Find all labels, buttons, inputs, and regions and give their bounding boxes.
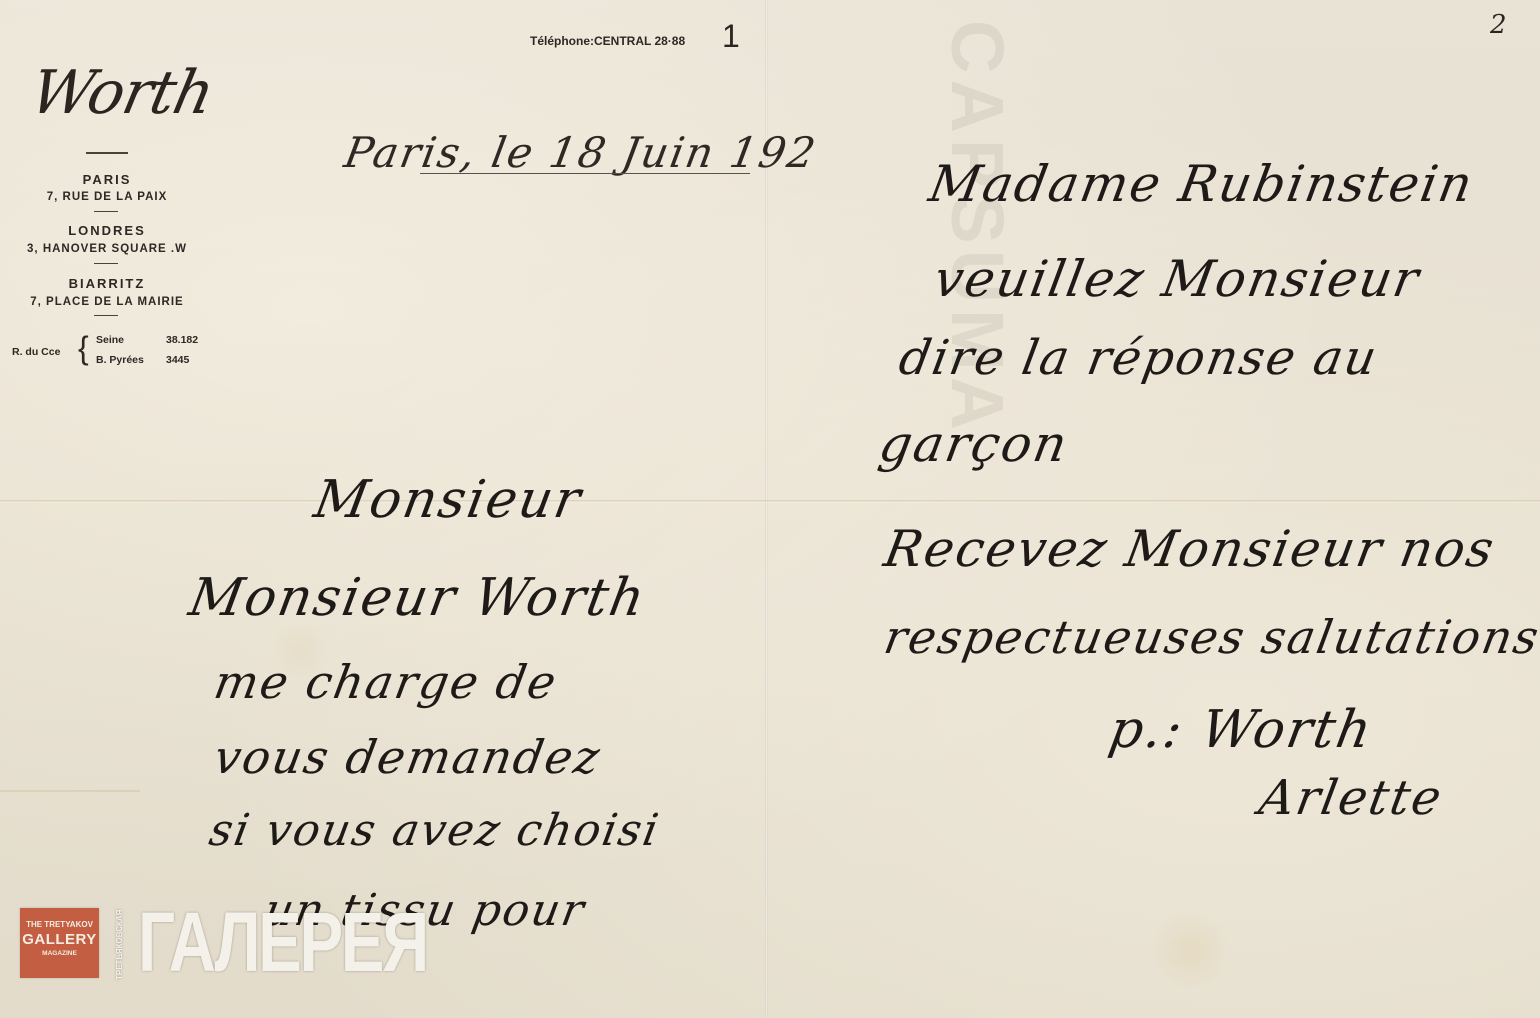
branch-city: PARIS bbox=[0, 172, 222, 187]
brace-symbol: { bbox=[78, 332, 89, 364]
signature-firm: p.: Worth bbox=[1105, 700, 1378, 760]
tretyakov-gallery-logo: THE TRETYAKOV GALLERY MAGAZINE bbox=[20, 908, 99, 978]
letter-line: me charge de bbox=[210, 655, 562, 709]
watermark-title: ГАЛЕРЕЯ bbox=[138, 900, 427, 984]
letter-line: si vous avez choisi bbox=[206, 805, 664, 856]
closing-line: respectueuses salutations bbox=[880, 610, 1540, 664]
branch-city: BIARRITZ bbox=[0, 276, 222, 291]
branch-address: 7, PLACE DE LA MAIRIE bbox=[0, 296, 222, 308]
registry-entry: Seine 38.182 bbox=[96, 334, 124, 346]
registry-entry: B. Pyrées 3445 bbox=[96, 354, 144, 366]
letter-line: Madame Rubinstein bbox=[925, 155, 1479, 213]
page-number-left: 1 bbox=[722, 18, 740, 55]
dateline: Paris, le 18 Juin 192 bbox=[341, 128, 821, 177]
letter-line: garçon bbox=[875, 415, 1073, 473]
horizontal-fold bbox=[0, 500, 1540, 503]
page-number-right: 2 bbox=[1490, 10, 1507, 40]
watermark-vertical-text: ТРЕТЬЯКОВСКАЯ bbox=[115, 908, 127, 980]
fold-crease bbox=[0, 790, 140, 792]
letterhead-divider bbox=[94, 315, 118, 316]
branch-address: 7, RUE DE LA PAIX bbox=[0, 191, 222, 203]
branch-city: LONDRES bbox=[0, 223, 222, 238]
telephone-line: Téléphone:CENTRAL 28·88 bbox=[530, 34, 685, 48]
letterhead-divider bbox=[86, 152, 128, 154]
closing-line: Recevez Monsieur nos bbox=[880, 520, 1500, 578]
branch-address: 3, HANOVER SQUARE .W bbox=[0, 243, 222, 255]
signature-name: Arlette bbox=[1255, 770, 1447, 826]
dateline-rule bbox=[420, 173, 750, 174]
letter-line: Monsieur Worth bbox=[185, 568, 651, 628]
letter-line: vous demandez bbox=[210, 730, 605, 784]
letterhead-divider bbox=[94, 211, 118, 212]
letter-line: dire la réponse au bbox=[895, 330, 1383, 386]
worth-logo: Worth bbox=[25, 58, 220, 128]
registry-label: R. du Cce bbox=[12, 346, 60, 358]
letter-line: veuillez Monsieur bbox=[930, 250, 1425, 308]
letterhead-divider bbox=[94, 263, 118, 264]
salutation: Monsieur bbox=[310, 470, 587, 530]
